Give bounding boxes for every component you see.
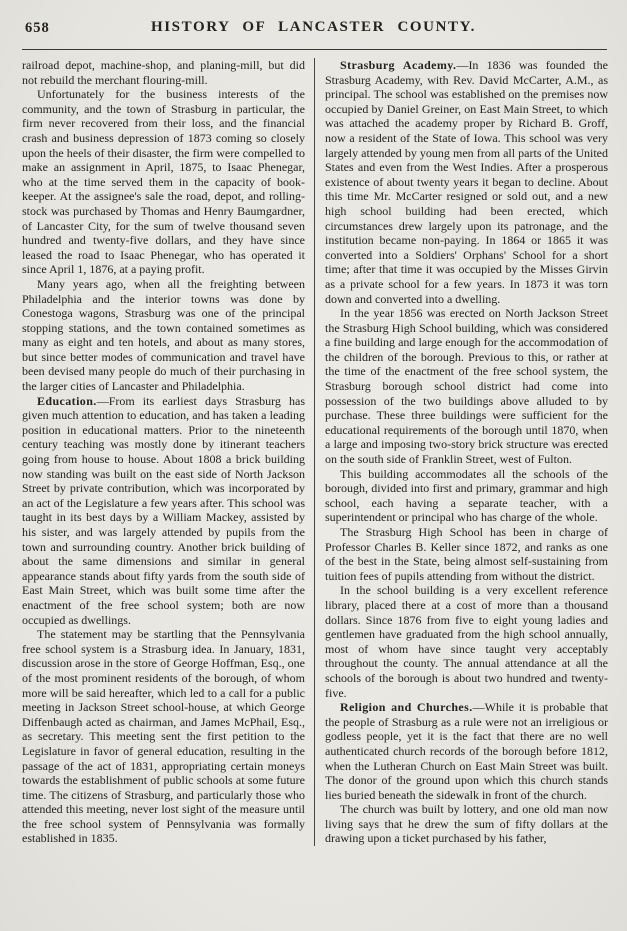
section-heading-strasburg-academy: Strasburg Academy. xyxy=(340,58,456,72)
paragraph-text: In the school building is a very excelle… xyxy=(325,583,608,699)
paragraph-text: —In 1836 was founded the Strasburg Acade… xyxy=(325,58,608,306)
paragraph-education: Education.—From its earliest days Strasb… xyxy=(22,394,305,628)
paragraph-text: Unfortunately for the business interests… xyxy=(22,87,305,276)
paragraph: The Strasburg High School has been in ch… xyxy=(325,525,608,583)
paragraph-text: The Strasburg High School has been in ch… xyxy=(325,525,608,583)
right-column: Strasburg Academy.—In 1836 was founded t… xyxy=(315,58,608,846)
paragraph-religion-churches: Religion and Churches.—While it is proba… xyxy=(325,700,608,802)
paragraph: In the school building is a very excelle… xyxy=(325,583,608,700)
page-masthead: 658 HISTORY OF LANCASTER COUNTY. xyxy=(0,16,627,46)
paragraph-text: —From its earliest days Strasburg has gi… xyxy=(22,394,305,627)
text-columns: railroad depot, machine-shop, and planin… xyxy=(0,50,627,846)
paragraph: This building accommodates all the schoo… xyxy=(325,467,608,525)
paragraph: railroad depot, machine-shop, and planin… xyxy=(22,58,305,87)
paragraph-text: The church was built by lottery, and one… xyxy=(325,802,608,845)
paragraph-text: In the year 1856 was erected on North Ja… xyxy=(325,306,608,466)
paragraph-text: Many years ago, when all the freighting … xyxy=(22,277,305,393)
paragraph-text: —While it is probable that the people of… xyxy=(325,700,608,802)
paragraph: Many years ago, when all the freighting … xyxy=(22,277,305,394)
section-heading-education: Education. xyxy=(37,394,97,408)
running-title: HISTORY OF LANCASTER COUNTY. xyxy=(0,19,627,36)
paragraph: The statement may be startling that the … xyxy=(22,627,305,846)
paragraph: In the year 1856 was erected on North Ja… xyxy=(325,306,608,467)
paragraph: The church was built by lottery, and one… xyxy=(325,802,608,846)
paragraph: Unfortunately for the business interests… xyxy=(22,87,305,277)
book-page: 658 HISTORY OF LANCASTER COUNTY. railroa… xyxy=(0,0,627,931)
paragraph-text: railroad depot, machine-shop, and planin… xyxy=(22,58,305,87)
paragraph-text: The statement may be startling that the … xyxy=(22,627,305,845)
section-heading-religion-churches: Religion and Churches. xyxy=(340,700,473,714)
paragraph-text: This building accommodates all the schoo… xyxy=(325,467,608,525)
paragraph-strasburg-academy: Strasburg Academy.—In 1836 was founded t… xyxy=(325,58,608,306)
left-column: railroad depot, machine-shop, and planin… xyxy=(22,58,315,846)
